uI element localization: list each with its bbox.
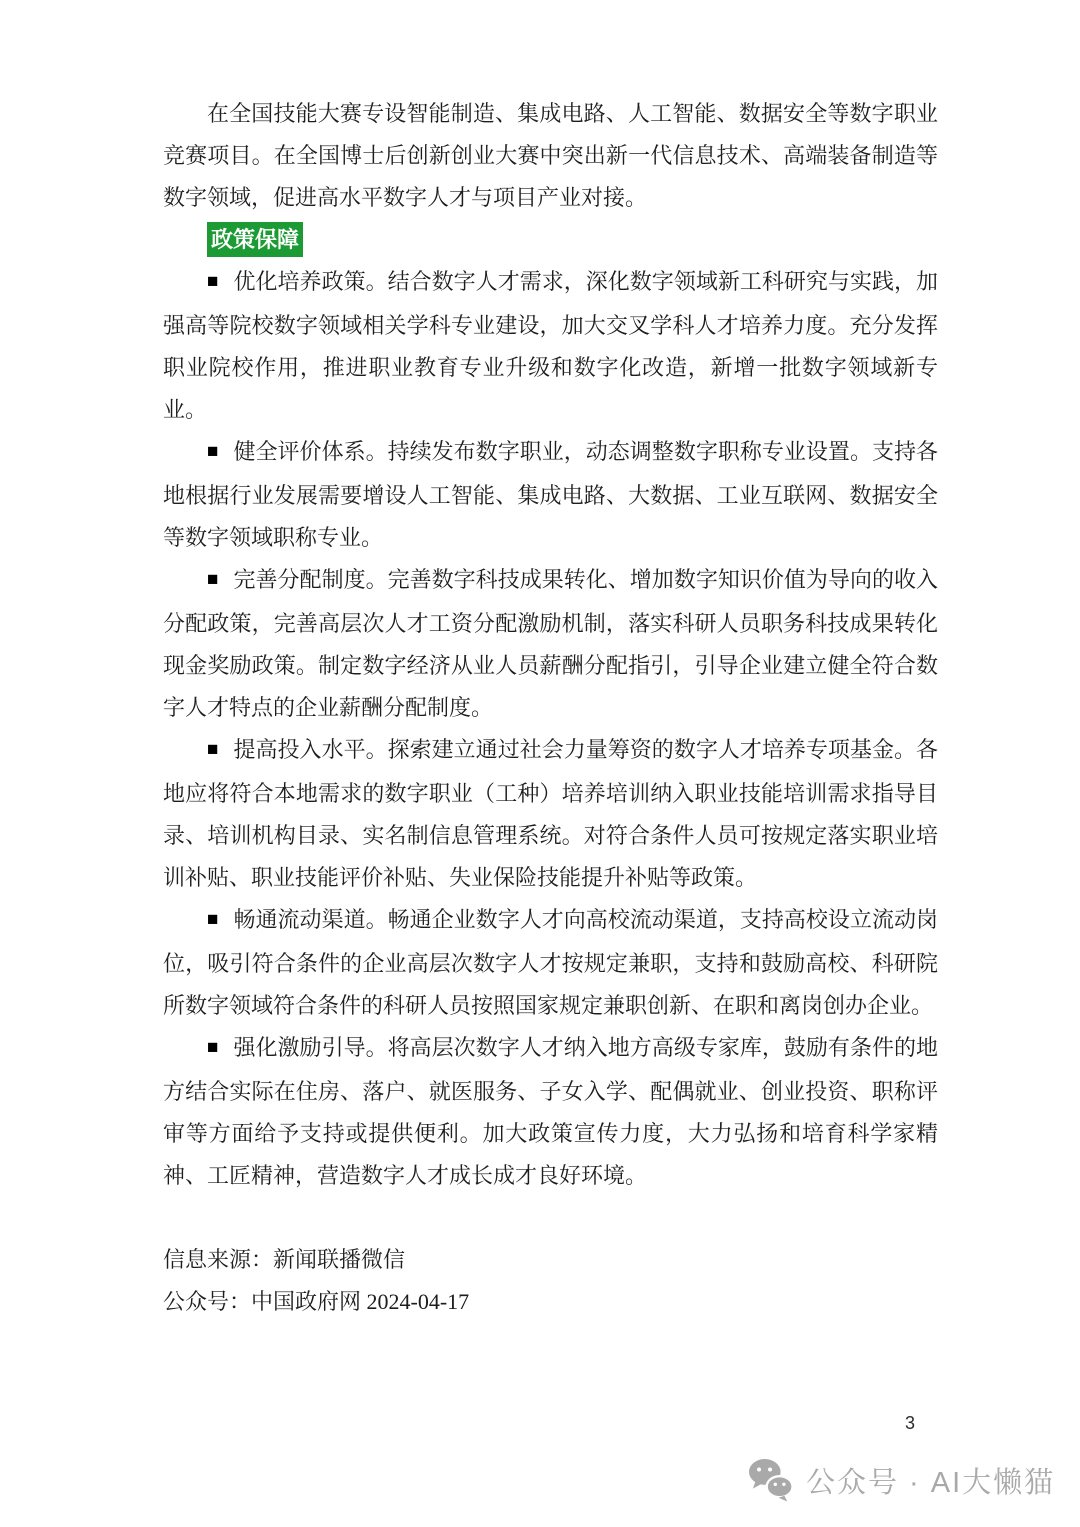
bullet-paragraph: ■完善分配制度。完善数字科技成果转化、增加数字知识价值为导向的收入分配政策，完善… [163, 559, 938, 729]
bullet-square-icon: ■ [207, 261, 218, 303]
bullet-paragraph: ■强化激励引导。将高层次数字人才纳入地方高级专家库，鼓励有条件的地方结合实际在住… [163, 1027, 938, 1197]
bullet-text: 强化激励引导。将高层次数字人才纳入地方高级专家库，鼓励有条件的地方结合实际在住房… [163, 1035, 938, 1188]
bullet-square-icon: ■ [207, 1027, 218, 1069]
bullet-text: 提高投入水平。探索建立通过社会力量筹资的数字人才培养专项基金。各地应将符合本地需… [163, 737, 938, 890]
bullet-paragraph: ■优化培养政策。结合数字人才需求，深化数字领域新工科研究与实践，加强高等院校数字… [163, 261, 938, 431]
watermark: 公众号 · AI大懒猫 [748, 1458, 1055, 1502]
bullet-square-icon: ■ [207, 899, 218, 941]
bullet-text: 优化培养政策。结合数字人才需求，深化数字领域新工科研究与实践，加强高等院校数字领… [163, 269, 938, 422]
bullet-paragraph: ■提高投入水平。探索建立通过社会力量筹资的数字人才培养专项基金。各地应将符合本地… [163, 729, 938, 899]
bullet-square-icon: ■ [207, 431, 218, 473]
document-page: 在全国技能大赛专设智能制造、集成电路、人工智能、数据安全等数字职业竞赛项目。在全… [0, 0, 1080, 1527]
source-info: 信息来源：新闻联播微信 公众号：中国政府网 2024-04-17 [163, 1239, 938, 1323]
bullet-text: 完善分配制度。完善数字科技成果转化、增加数字知识价值为导向的收入分配政策，完善高… [163, 567, 938, 720]
section-heading-line: 政策保障 [163, 219, 938, 261]
source-line: 公众号：中国政府网 2024-04-17 [163, 1281, 938, 1323]
document-body: 在全国技能大赛专设智能制造、集成电路、人工智能、数据安全等数字职业竞赛项目。在全… [163, 93, 938, 1323]
page-number: 3 [905, 1412, 915, 1434]
bullet-square-icon: ■ [207, 729, 218, 771]
intro-paragraph: 在全国技能大赛专设智能制造、集成电路、人工智能、数据安全等数字职业竞赛项目。在全… [163, 93, 938, 219]
wechat-icon [748, 1458, 794, 1502]
bullet-paragraph: ■畅通流动渠道。畅通企业数字人才向高校流动渠道，支持高校设立流动岗位，吸引符合条… [163, 899, 938, 1027]
bullet-paragraph: ■健全评价体系。持续发布数字职业，动态调整数字职称专业设置。支持各地根据行业发展… [163, 431, 938, 559]
section-heading-badge: 政策保障 [207, 222, 303, 257]
watermark-label: 公众号 · AI大懒猫 [806, 1460, 1055, 1501]
bullet-square-icon: ■ [207, 559, 218, 601]
bullet-text: 畅通流动渠道。畅通企业数字人才向高校流动渠道，支持高校设立流动岗位，吸引符合条件… [163, 907, 938, 1018]
bullet-text: 健全评价体系。持续发布数字职业，动态调整数字职称专业设置。支持各地根据行业发展需… [163, 439, 938, 550]
source-line: 信息来源：新闻联播微信 [163, 1239, 938, 1281]
